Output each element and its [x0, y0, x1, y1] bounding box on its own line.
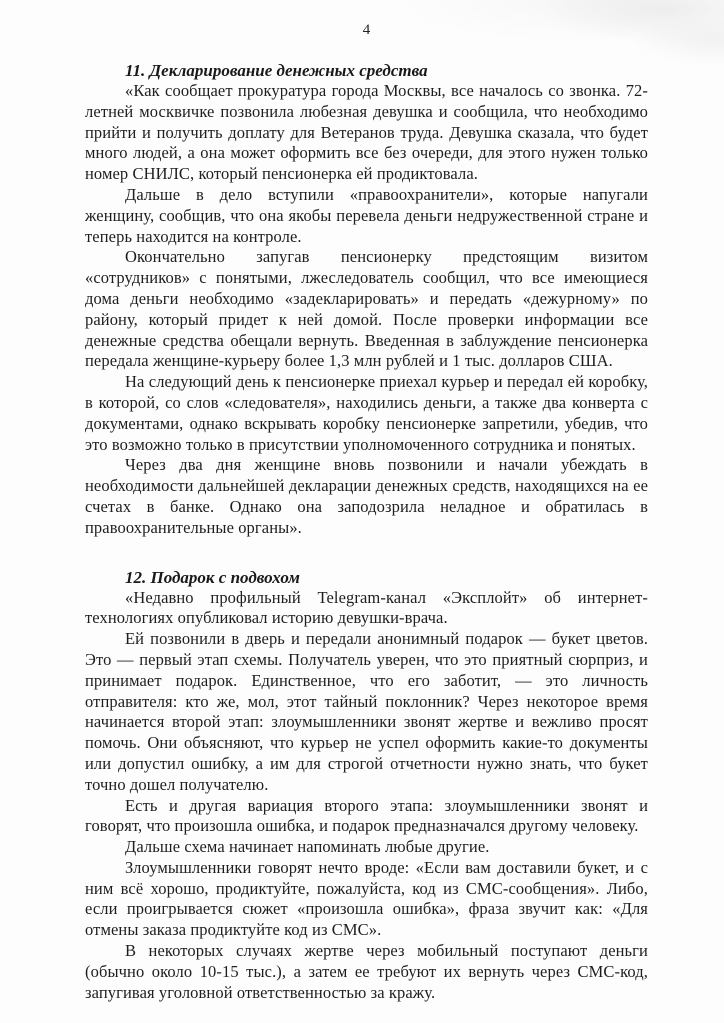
paragraph: В некоторых случаях жертве через мобильн… — [85, 941, 648, 1003]
page-content: 11. Декларирование денежных средства «Ка… — [85, 60, 648, 1003]
paragraph: На следующий день к пенсионерке приехал … — [85, 372, 648, 455]
paragraph: Злоумышленники говорят нечто вроде: «Есл… — [85, 858, 648, 941]
section-12-gift-with-catch: 12. Подарок с подвохом «Недавно профильн… — [85, 567, 648, 1004]
paragraph: Дальше в дело вступили «правоохранители»… — [85, 185, 648, 247]
section-12-heading: 12. Подарок с подвохом — [85, 567, 648, 588]
paragraph: Окончательно запугав пенсионерку предсто… — [85, 247, 648, 372]
paragraph: Ей позвонили в дверь и передали анонимны… — [85, 629, 648, 795]
section-11-declaring-funds: 11. Декларирование денежных средства «Ка… — [85, 60, 648, 539]
paragraph: «Недавно профильный Telegram-канал «Эксп… — [85, 588, 648, 630]
section-11-heading: 11. Декларирование денежных средства — [85, 60, 648, 81]
paragraph: Дальше схема начинает напоминать любые д… — [85, 837, 648, 858]
paragraph: «Как сообщает прокуратура города Москвы,… — [85, 81, 648, 185]
document-page: 4 11. Декларирование денежных средства «… — [0, 0, 724, 1023]
paragraph: Есть и другая вариация второго этапа: зл… — [85, 796, 648, 838]
page-number: 4 — [85, 22, 648, 39]
paragraph: Через два дня женщине вновь позвонили и … — [85, 455, 648, 538]
